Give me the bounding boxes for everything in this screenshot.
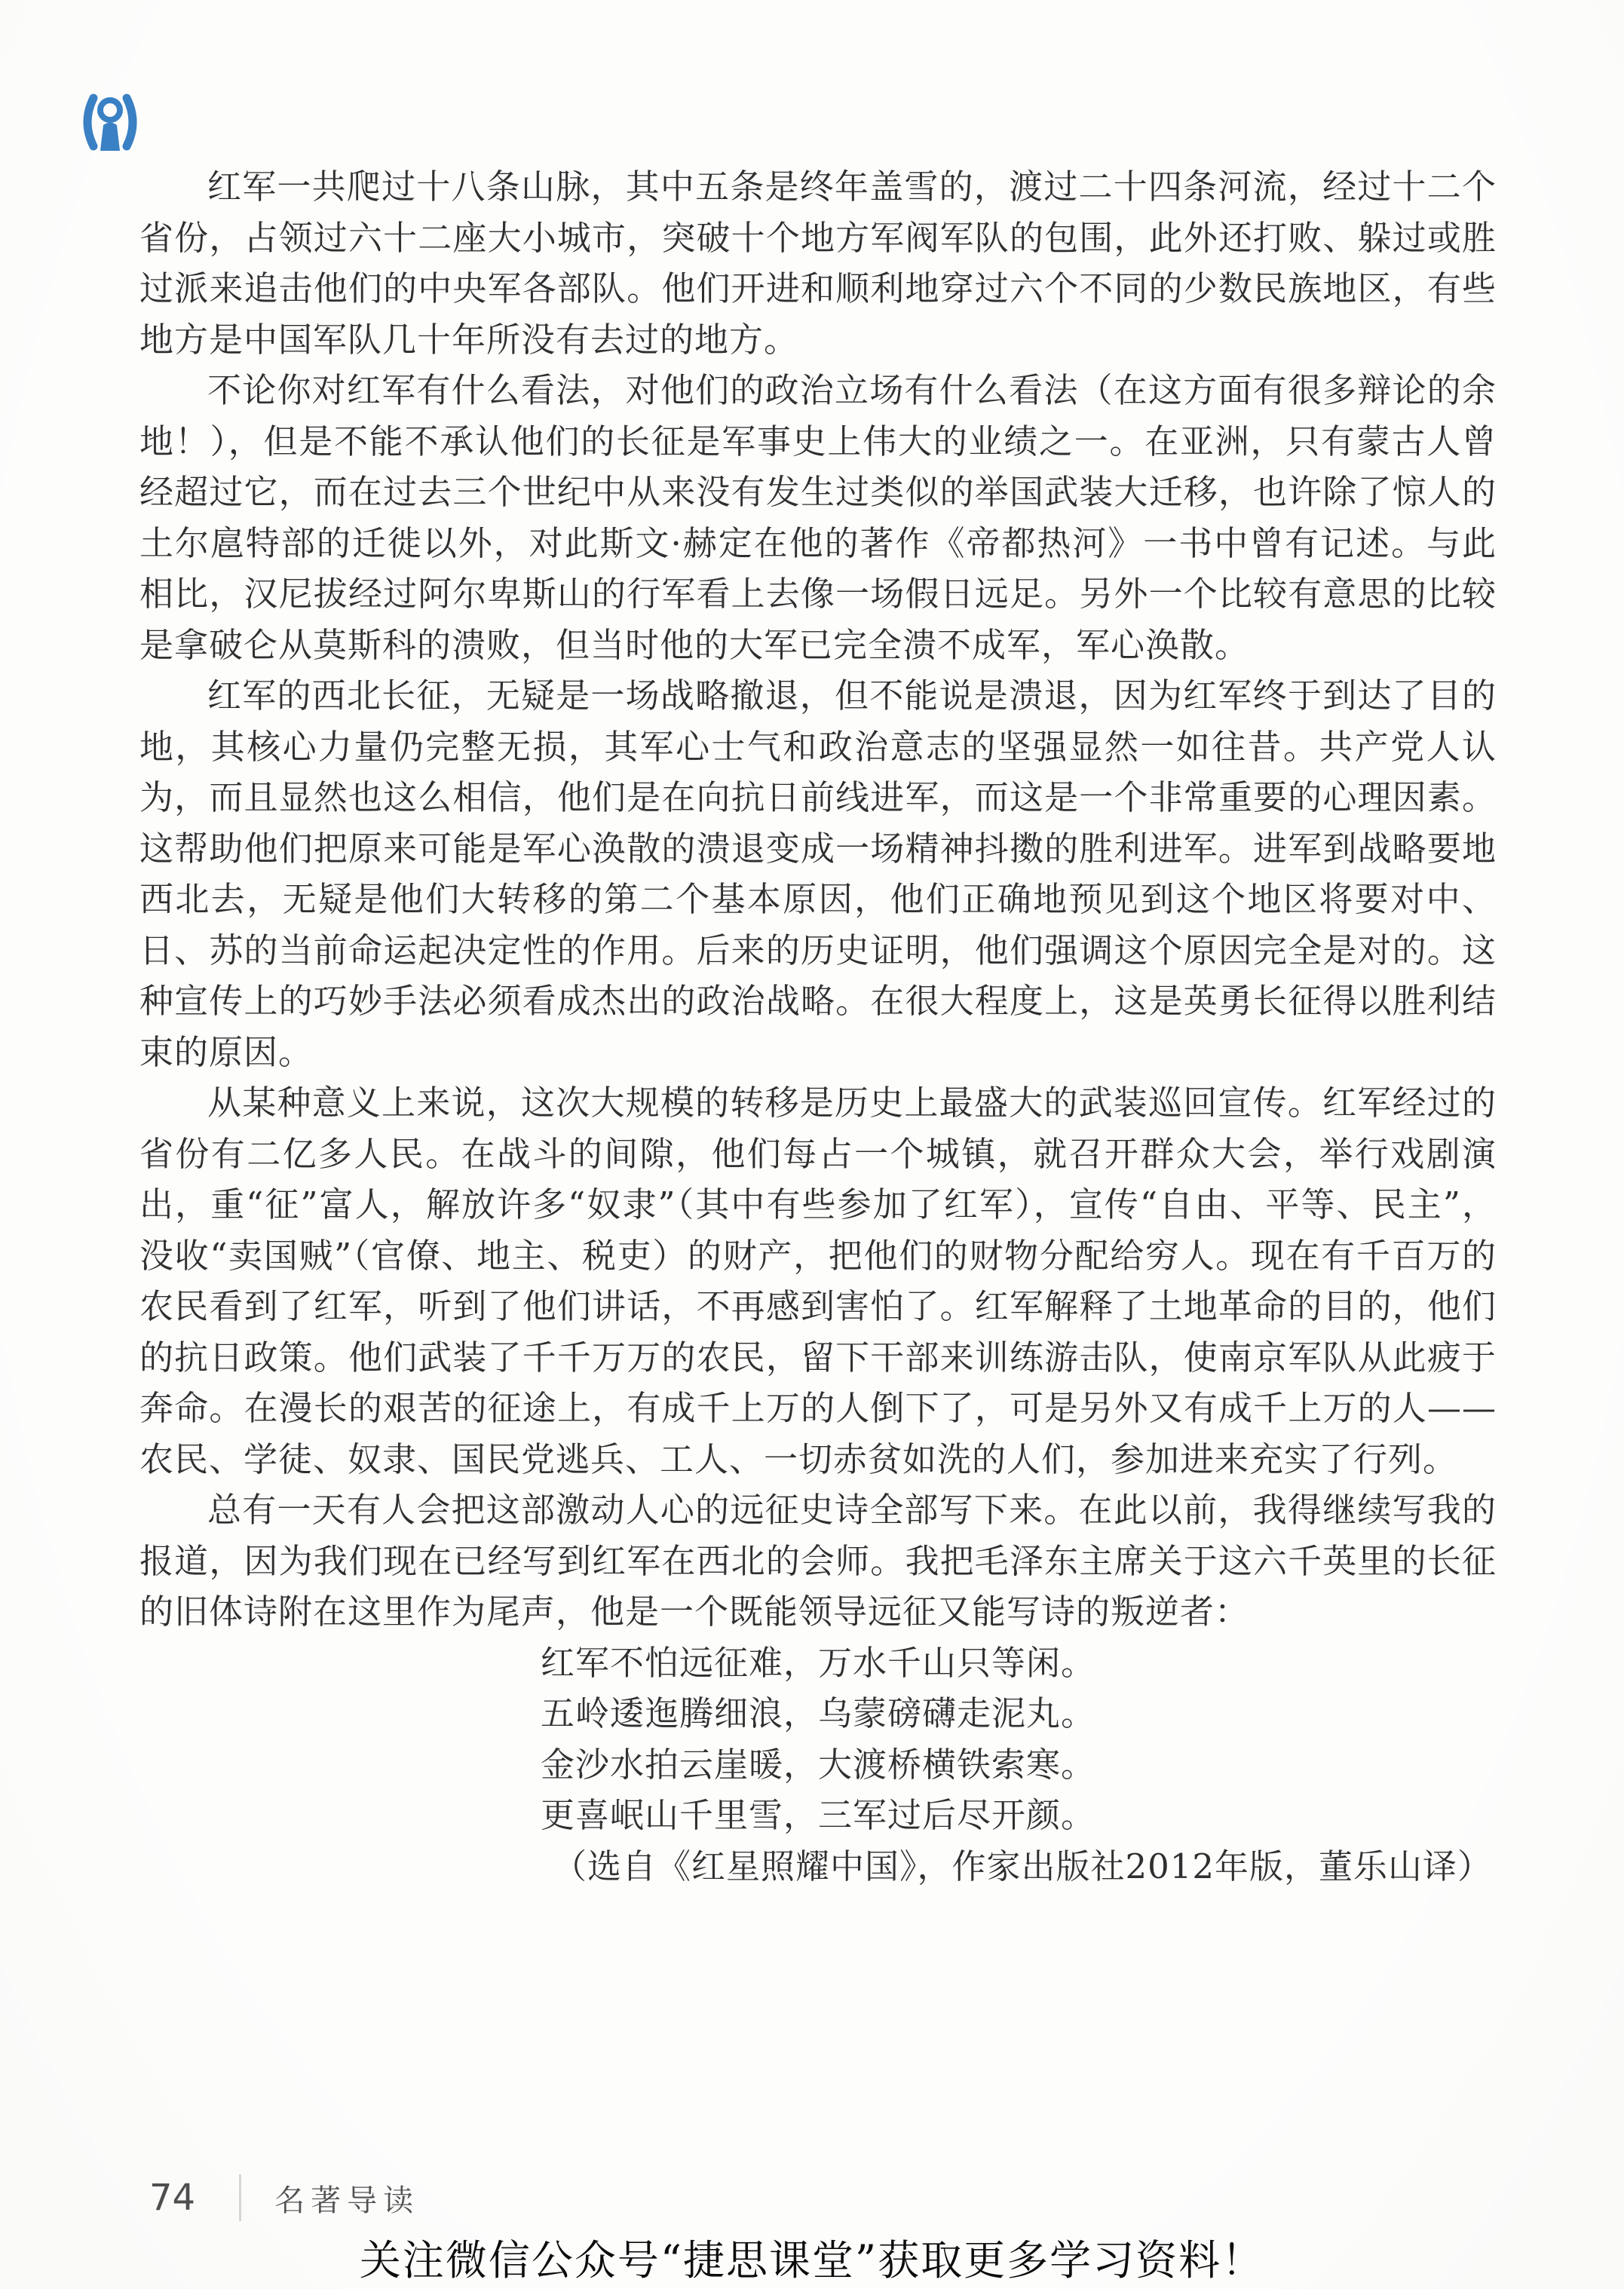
page-number: 74 (149, 2177, 195, 2219)
paragraph-3: 红军的西北长征，无疑是一场战略撤退，但不能说是溃退，因为红军终于到达了目的地，其… (139, 670, 1497, 1077)
wechat-official-account-icon (78, 87, 142, 160)
source-attribution: （选自《红星照耀中国》，作家出版社2012年版，董乐山译） (139, 1841, 1497, 1892)
footer-divider (239, 2174, 241, 2221)
poem-line-2: 五岭逶迤腾细浪，乌蒙磅礴走泥丸。 (139, 1688, 1497, 1739)
promo-footer-text: 关注微信公众号“捷思课堂”获取更多学习资料！ (0, 2227, 1624, 2287)
section-title: 名著导读 (274, 2177, 419, 2220)
long-march-poem: 红军不怕远征难，万水千山只等闲。 五岭逶迤腾细浪，乌蒙磅礴走泥丸。 金沙水拍云崖… (139, 1638, 1497, 1841)
paragraph-5: 总有一天有人会把这部激动人心的远征史诗全部写下来。在此以前，我得继续写我的报道，… (139, 1485, 1497, 1638)
paragraph-2: 不论你对红军有什么看法，对他们的政治立场有什么看法（在这方面有很多辩论的余地！）… (139, 365, 1497, 670)
paragraph-4: 从某种意义上来说，这次大规模的转移是历史上最盛大的武装巡回宣传。红军经过的省份有… (139, 1077, 1497, 1485)
paragraph-1: 红军一共爬过十八条山脉，其中五条是终年盖雪的，渡过二十四条河流，经过十二个省份，… (139, 161, 1497, 365)
poem-line-4: 更喜岷山千里雪，三军过后尽开颜。 (139, 1790, 1497, 1841)
poem-line-1: 红军不怕远征难，万水千山只等闲。 (139, 1638, 1497, 1689)
page-footer: 74 名著导读 (149, 2174, 419, 2221)
scanned-book-page: 红军一共爬过十八条山脉，其中五条是终年盖雪的，渡过二十四条河流，经过十二个省份，… (0, 0, 1624, 2289)
poem-line-3: 金沙水拍云崖暖，大渡桥横铁索寒。 (139, 1739, 1497, 1791)
article-body: 红军一共爬过十八条山脉，其中五条是终年盖雪的，渡过二十四条河流，经过十二个省份，… (139, 161, 1497, 1892)
